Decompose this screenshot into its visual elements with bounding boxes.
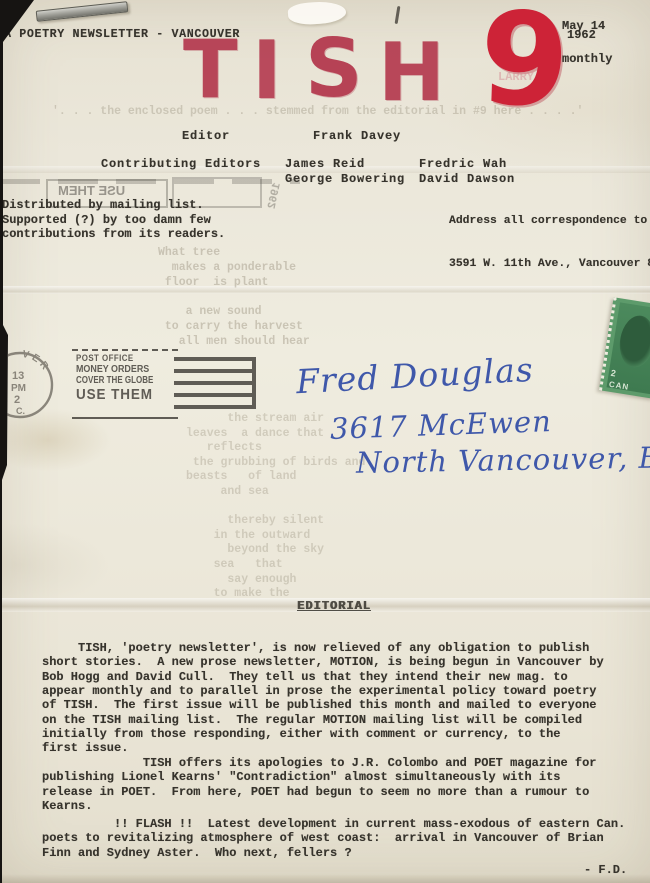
scanned-newsletter-page: A POETRY NEWSLETTER - VANCOUVER T I S H … [0,0,650,883]
contributing-editors-col1: James Reid George Bowering [285,157,405,186]
svg-text:2: 2 [14,394,20,406]
slogan-line1: POST OFFICE [76,353,166,363]
postage-stamp: 2 CAN [599,297,650,398]
correspondence-prefix: Address all correspondence to [449,215,650,227]
ghost-poem-mid: the stream air leaves a dance that refle… [186,412,365,602]
fold-crease-middle [0,286,650,294]
ghost-mirrored-year: 1962 [267,182,284,210]
ghost-poem-top: What tree makes a ponderable floor is pl… [158,246,310,350]
ghost-name: LARRY [498,70,534,84]
editorial-paragraph-2: TISH offers its apologies to J.R. Colomb… [42,756,597,813]
slogan-line4: USE THEM [76,386,168,403]
staple [36,1,129,22]
bottom-edge-shadow [0,874,650,883]
title-letter-h: H [378,33,445,113]
issue-date-line2: 1962 [567,28,596,42]
editorial-paragraph-3: !! FLASH !! Latest development in curren… [42,817,625,860]
paper-sheet: A POETRY NEWSLETTER - VANCOUVER T I S H … [0,0,650,883]
slogan-line2: MONEY ORDERS [76,363,163,375]
cancel-killer-bars [174,357,256,409]
issue-frequency: monthly [562,52,612,66]
contributing-editors-label: Contributing Editors [101,157,261,171]
slogan-line3: COVER THE GLOBE [76,375,158,386]
slogan-cancel: POST OFFICE MONEY ORDERS COVER THE GLOBE… [72,349,256,415]
circular-postmark: VER 13 PM 2 C. [0,343,62,427]
ghost-quote-line: '. . . the enclosed poem . . . stemmed f… [52,105,583,118]
recipient-name: Fred Douglas [295,350,534,401]
recipient-city: North Vancouver, B. [356,440,650,479]
title-letter-i: I [252,31,282,111]
svg-text:C.: C. [16,406,25,416]
slogan-cancel-box: POST OFFICE MONEY ORDERS COVER THE GLOBE… [72,349,178,419]
distribution-note: Distributed by mailing list. Supported (… [2,198,225,242]
svg-text:PM: PM [11,383,26,394]
editorial-signature: - F.D. [584,863,627,877]
svg-text:VER: VER [21,349,52,374]
editor-name: Frank Davey [313,129,401,143]
correspondence-block: Address all correspondence to TISH, 3591… [408,199,650,287]
svg-text:13: 13 [12,370,24,382]
stamp-country: CAN [608,380,630,392]
contributing-editors-col2: Fredric Wah David Dawson [419,157,515,186]
ghost-mirrored-slogan: USE THEM [58,183,125,198]
title-letter-s: S [305,29,363,109]
correspondence-address: 3591 W. 11th Ave., Vancouver 8, B.C. [449,258,650,270]
ink-speck [395,6,401,24]
issue-number: 9 [478,0,571,121]
title-letter-t: T [183,30,238,110]
editorial-paragraph-1: TISH, 'poetry newsletter', is now reliev… [42,641,604,756]
editor-label: Editor [182,129,230,143]
editorial-heading: EDITORIAL [297,599,371,613]
